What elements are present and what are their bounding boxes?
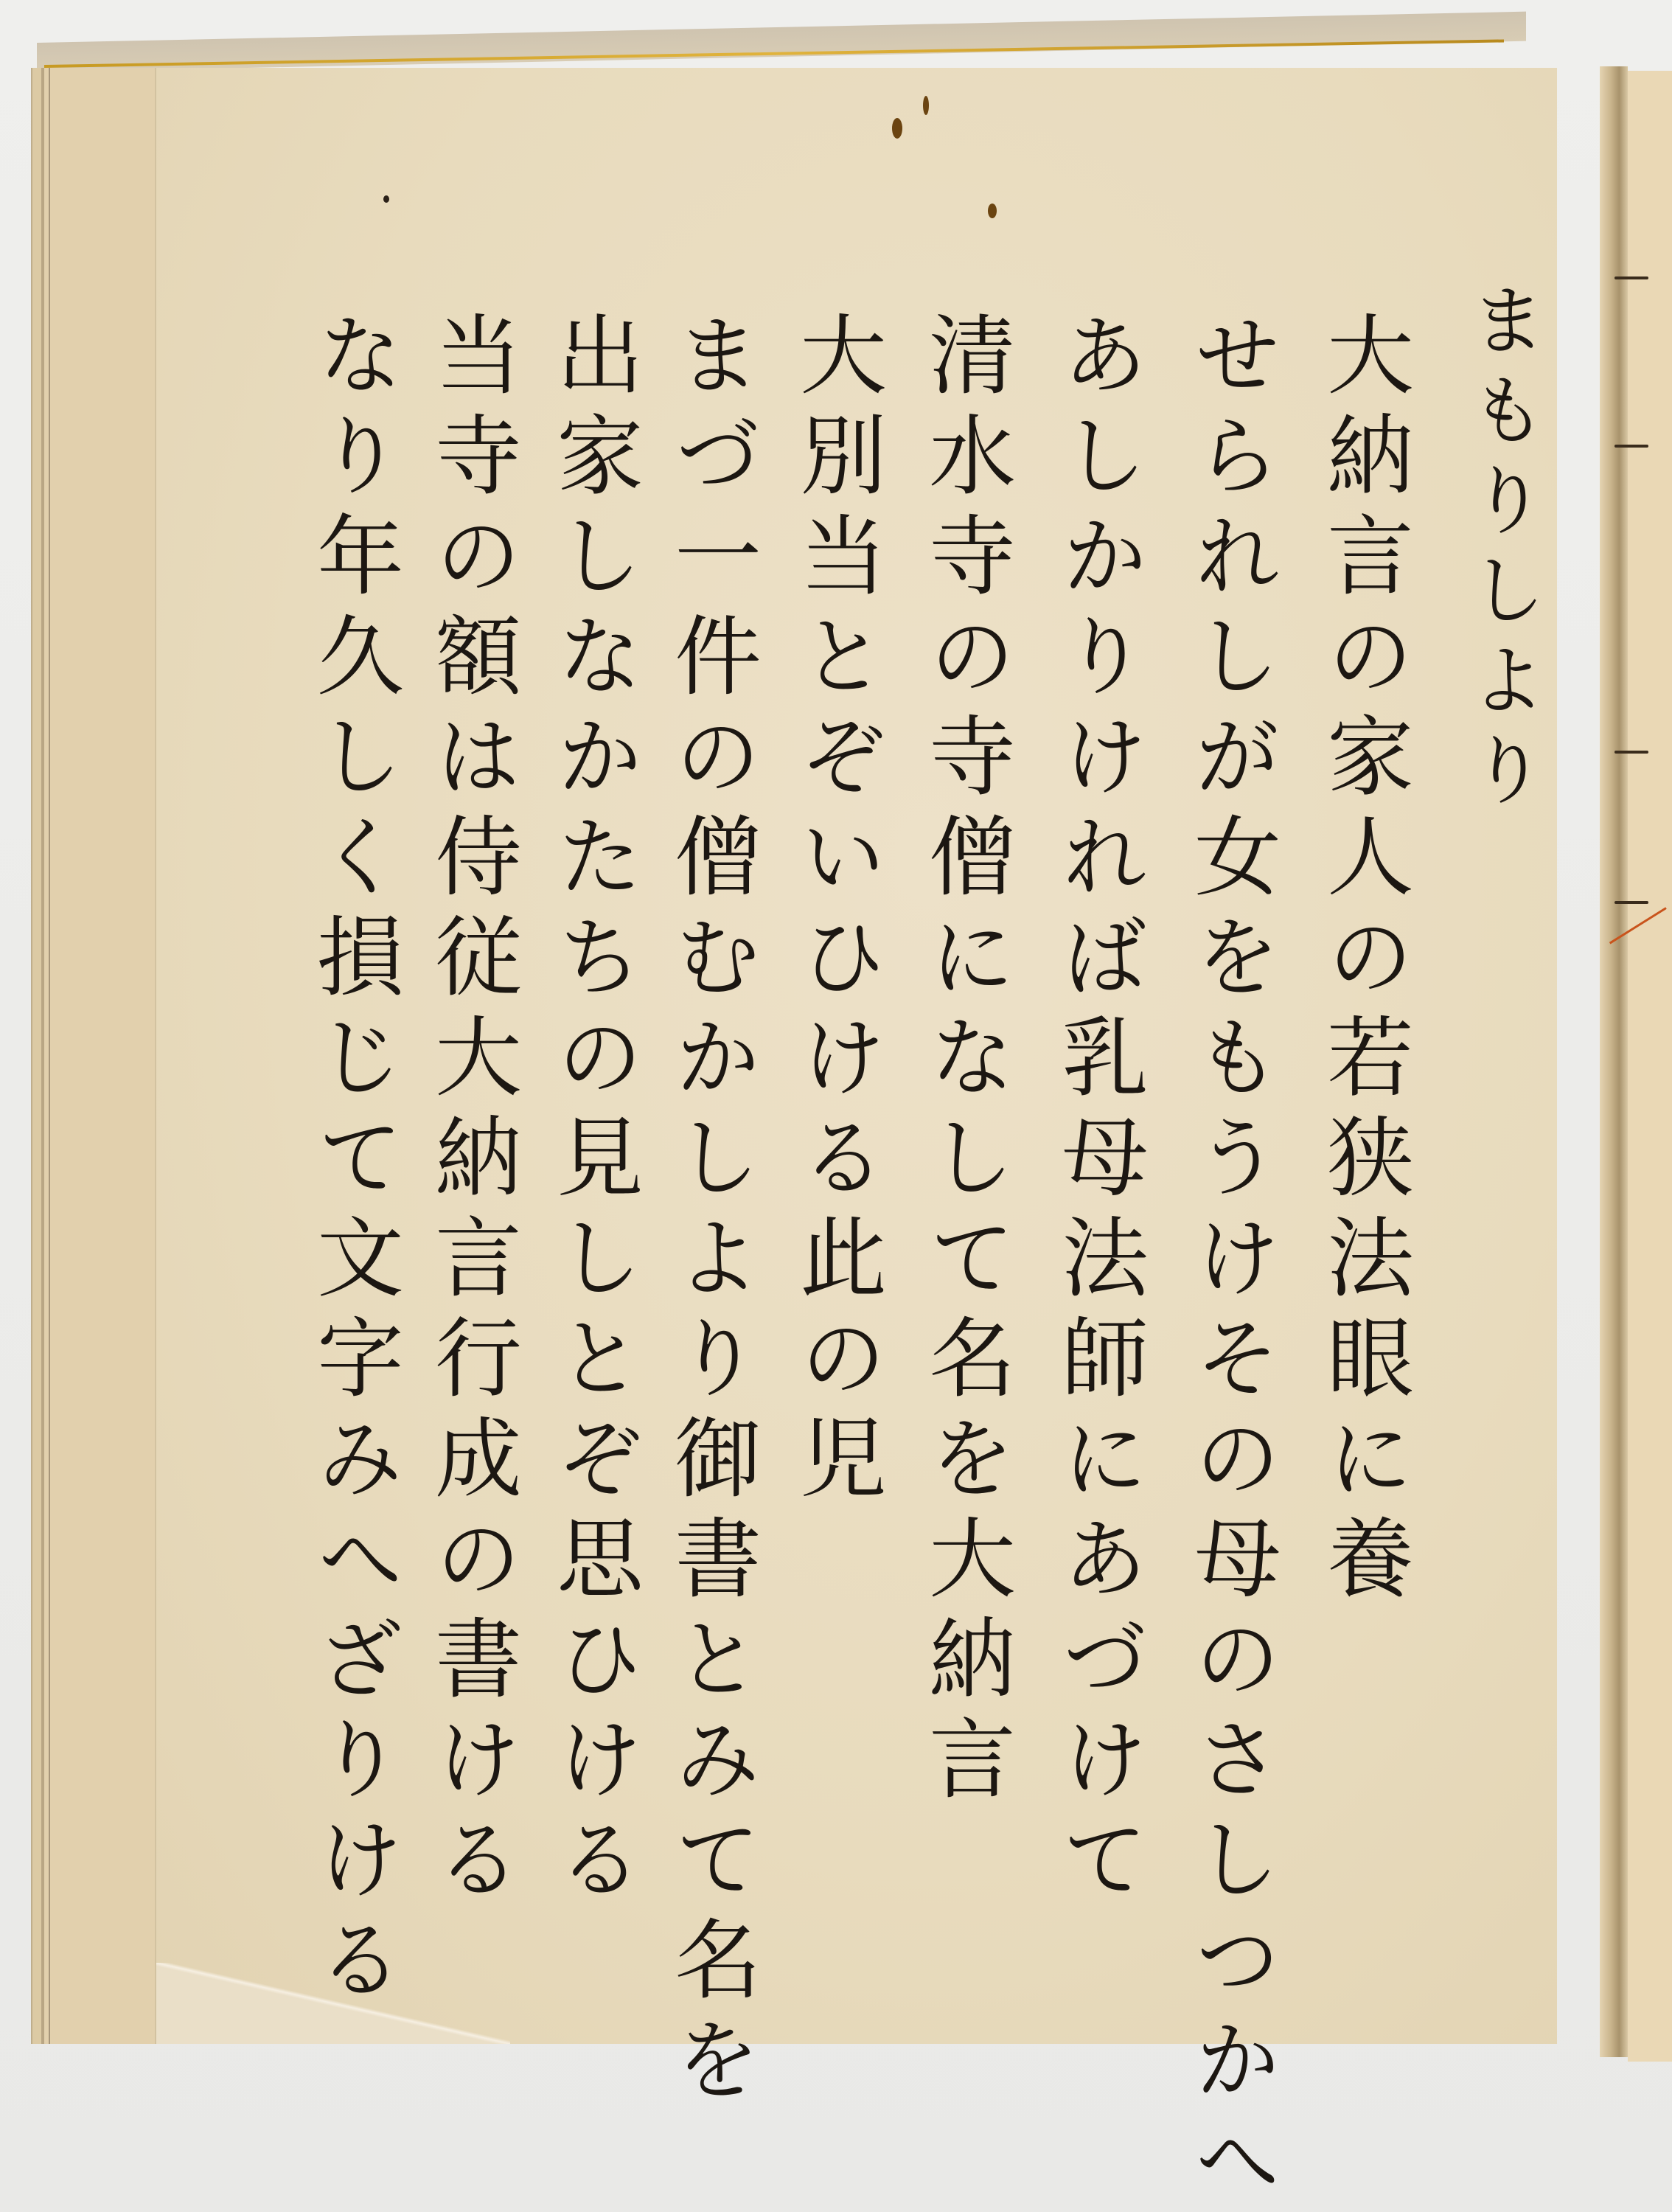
text-column-8: 出家しなかたちの見しとぞ思ひける <box>549 310 636 1914</box>
text-column-2: 大納言の家人の若狭法眼に養 <box>1320 310 1407 1613</box>
text-column-7: まづ一件の僧むかしより御書とみて名を <box>667 310 754 2115</box>
column-text: 大別当とぞいひける此の児 <box>785 310 887 1513</box>
text-column-6: 大別当とぞいひける此の児 <box>793 310 879 1513</box>
text-columns: まもりしより 大納言の家人の若狭法眼に養 せられしが女をもうけその母のさしつかへ… <box>0 0 1672 2212</box>
manuscript-photo: まもりしより 大納言の家人の若狭法眼に養 せられしが女をもうけその母のさしつかへ… <box>0 0 1672 2212</box>
column-text: まもりしより <box>1457 280 1547 820</box>
column-text: 大納言の家人の若狭法眼に養 <box>1312 310 1414 1613</box>
column-text: なり年久しく損じて文字みへざりける <box>302 310 404 2014</box>
column-text: せられしが女をもうけその母のさしつかへ <box>1180 310 1281 2212</box>
text-column-5: 清水寺の寺僧になして名を大納言 <box>922 310 1009 1814</box>
column-text: あしかりければ乳母法師にあづけて <box>1047 310 1149 1914</box>
column-text: 出家しなかたちの見しとぞ思ひける <box>542 310 644 1914</box>
column-text: 当寺の額は侍従大納言行成の書ける <box>420 310 522 1914</box>
column-text: まづ一件の僧むかしより御書とみて名を <box>660 310 762 2115</box>
text-column-9: 当寺の額は侍従大納言行成の書ける <box>428 310 515 1914</box>
text-column-4: あしかりければ乳母法師にあづけて <box>1054 310 1141 1914</box>
column-text: 清水寺の寺僧になして名を大納言 <box>914 310 1016 1814</box>
text-column-10: なり年久しく損じて文字みへざりける <box>310 310 397 2014</box>
text-column-3: せられしが女をもうけその母のさしつかへ <box>1187 310 1274 2212</box>
text-column-1: まもりしより <box>1463 280 1540 820</box>
